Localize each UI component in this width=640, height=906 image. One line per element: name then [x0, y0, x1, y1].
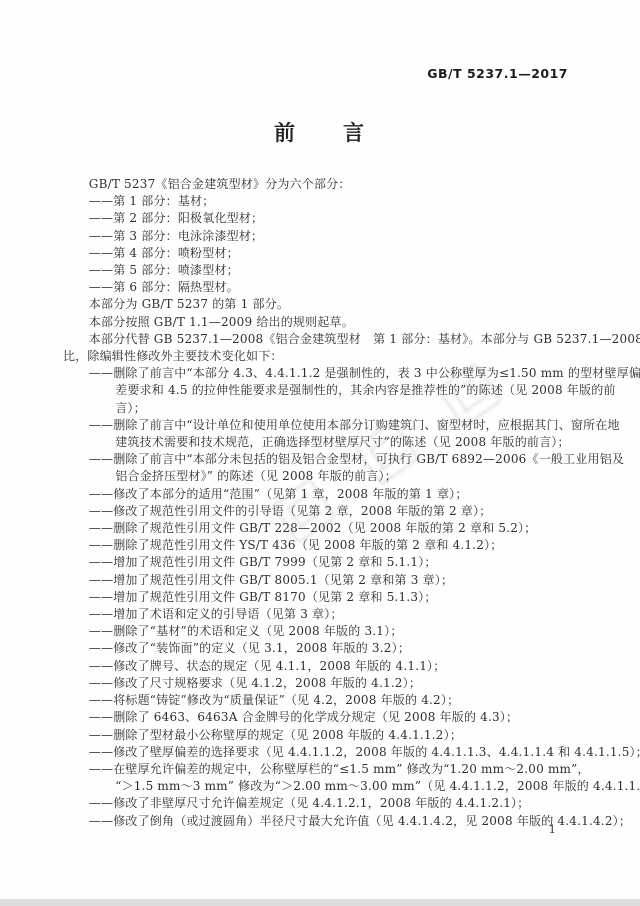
text-line: ——删除了前言中“本部分 4.3、4.4.1.1.2 是强制性的，表 3 中公称… [63, 365, 583, 382]
text-line: GB/T 5237《铝合金建筑型材》分为六个部分： [63, 176, 583, 193]
text-line: ——删除了 6463、6463A 合金牌号的化学成分规定（见 2008 年版的 … [63, 709, 583, 726]
text-line: ——增加了术语和定义的引导语（见第 3 章）； [63, 606, 583, 623]
text-line: ——修改了牌号、状态的规定（见 4.1.1，2008 年版的 4.1.1）； [63, 658, 583, 675]
text-line: ——增加了规范性引用文件 GB/T 8005.1（见第 2 章和第 3 章）； [63, 572, 583, 589]
text-line: ——修改了本部分的适用“范围”（见第 1 章，2008 年版的第 1 章）； [63, 486, 583, 503]
text-line: ——删除了前言中“本部分未包括的铝及铝合金型材，可执行 GB/T 6892—20… [63, 451, 583, 468]
page-bottom-edge [0, 899, 640, 906]
text-line: ——修改了“装饰面”的定义（见 3.1，2008 年版的 3.2）； [63, 640, 583, 657]
text-line: 本部分为 GB/T 5237 的第 1 部分。 [63, 296, 583, 313]
text-line: ——删除了“基材”的术语和定义（见 2008 年版的 3.1）； [63, 623, 583, 640]
text-line: “＞1.5 mm～3 mm” 修改为“＞2.00 mm～3.00 mm”（见 4… [63, 778, 583, 795]
page-number: 1 [549, 822, 556, 836]
text-line: ——第 4 部分：喷粉型材； [63, 245, 583, 262]
text-line: ——第 3 部分：电泳涂漆型材； [63, 228, 583, 245]
text-line: ——在壁厚允许偏差的规定中，公称壁厚栏的“≤1.5 mm” 修改为“1.20 m… [63, 761, 583, 778]
text-line: 本部分代替 GB 5237.1—2008《铝合金建筑型材 第 1 部分：基材》。… [63, 331, 583, 348]
text-line: ——增加了规范性引用文件 GB/T 7999（见第 2 章和 5.1.1）； [63, 554, 583, 571]
text-line: ——将标题“铸锭”修改为“质量保证”（见 4.2，2008 年版的 4.2）； [63, 692, 583, 709]
text-line: 本部分按照 GB/T 1.1—2009 给出的规则起草。 [63, 314, 583, 331]
text-line: ——修改了倒角（或过渡圆角）半径尺寸最大允许值（见 4.4.1.4.2，见 20… [63, 813, 583, 830]
text-line: ——第 5 部分：喷漆型材； [63, 262, 583, 279]
text-line: 言）； [63, 400, 583, 417]
text-line: 比，除编辑性修改外主要技术变化如下： [63, 348, 583, 365]
text-line: ——删除了规范性引用文件 GB/T 228—2002（见 2008 年版的第 2… [63, 520, 583, 537]
text-line: ——第 1 部分：基材； [63, 193, 583, 210]
document-page: GB/T 5237.1—2017 前 言 GB/T 5237《铝合金建筑型材》分… [0, 0, 640, 906]
text-line: ——修改了规范性引用文件的引导语（见第 2 章，2008 年版的第 2 章）； [63, 503, 583, 520]
text-line: 铝合金挤压型材》” 的陈述（见 2008 年版的前言）； [63, 468, 583, 485]
text-line: 建筑技术需要和技术规范，正确选择型材壁厚尺寸”的陈述（见 2008 年版的前言）… [63, 434, 583, 451]
standard-number: GB/T 5237.1—2017 [427, 66, 568, 81]
text-line: 差要求和 4.5 的拉伸性能要求是强制性的，其余内容是推荐性的”的陈述（见 20… [63, 382, 583, 399]
text-line: ——删除了规范性引用文件 YS/T 436（见 2008 年版的第 2 章和 4… [63, 537, 583, 554]
text-line: ——修改了非壁厚尺寸允许偏差规定（见 4.4.1.2.1，2008 年版的 4.… [63, 795, 583, 812]
text-line: ——删除了型材最小公称壁厚的规定（见 2008 年版的 4.4.1.1.2）； [63, 727, 583, 744]
text-line: ——第 2 部分：阳极氧化型材； [63, 210, 583, 227]
text-line: ——删除了前言中“设计单位和使用单位使用本部分订购建筑门、窗型材时，应根据其门、… [63, 417, 583, 434]
text-line: ——增加了规范性引用文件 GB/T 8170（见第 2 章和 5.1.3）； [63, 589, 583, 606]
foreword-body: GB/T 5237《铝合金建筑型材》分为六个部分：——第 1 部分：基材；——第… [63, 176, 583, 830]
text-line: ——修改了壁厚偏差的选择要求（见 4.4.1.1.2，2008 年版的 4.4.… [63, 744, 583, 761]
page-title: 前 言 [0, 117, 640, 147]
text-line: ——修改了尺寸规格要求（见 4.1.2，2008 年版的 4.1.2）； [63, 675, 583, 692]
text-line: ——第 6 部分：隔热型材。 [63, 279, 583, 296]
